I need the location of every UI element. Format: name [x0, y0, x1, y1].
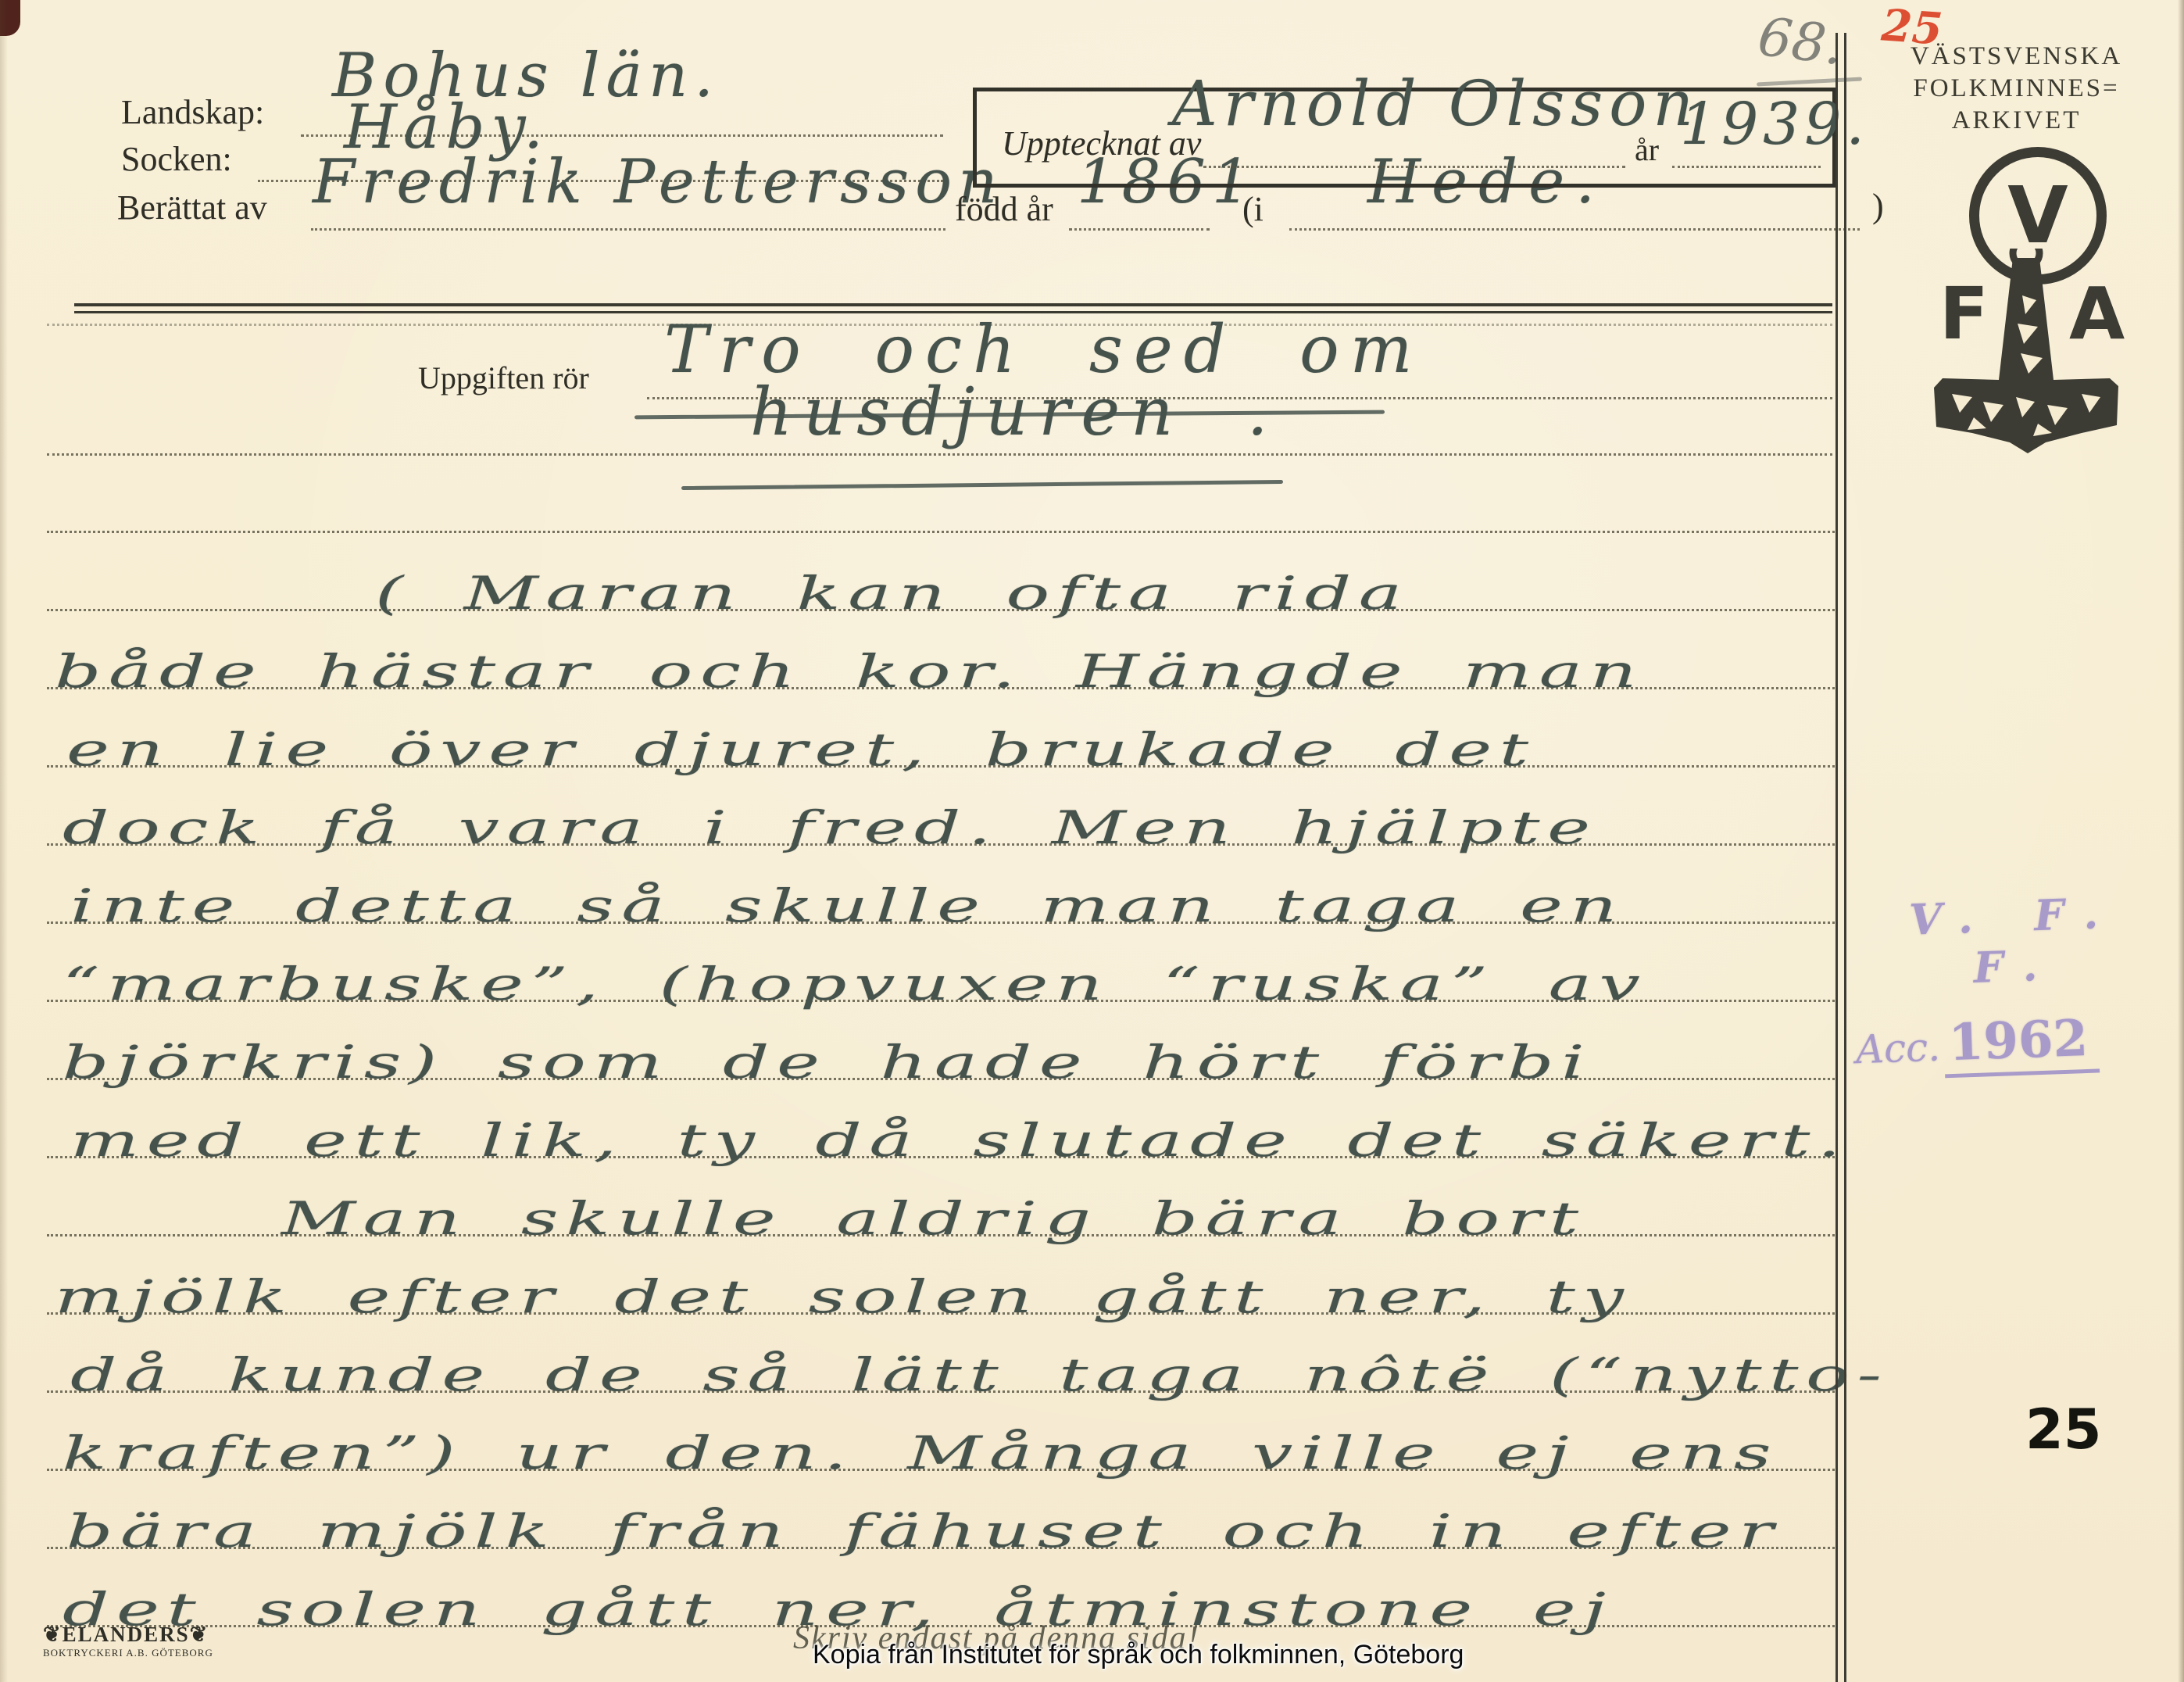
fodd-ar-dotted-line	[1069, 228, 1210, 231]
copy-source-caption: Kopia från Institutet för språk och folk…	[813, 1640, 1464, 1670]
archive-name-line1: VÄSTSVENSKA	[1850, 41, 2182, 73]
archive-name-line3: ARKIVET	[1850, 105, 2182, 137]
pencil-item-number: 68.	[1755, 6, 1846, 78]
ruled-line-row: björkris) som de hade hört förbi	[47, 1002, 1835, 1080]
printer-mark: ❦ELANDERS❦ BOKTRYCKERI A.B. GÖTEBORG	[43, 1623, 213, 1659]
ar-dotted-line	[1672, 166, 1821, 168]
ar-label: år	[1635, 131, 1659, 168]
logo-letter-v: V	[2007, 177, 2068, 255]
archive-name-line2: FOLKMINNES=	[1850, 73, 2182, 105]
printer-name: ❦ELANDERS❦	[43, 1623, 213, 1647]
uppgiften-ror-label: Uppgiften rör	[418, 360, 589, 396]
stamp-acc-value: 1962	[1943, 1008, 2100, 1078]
accession-stamp: V. F. F. Acc. 1962	[1850, 886, 2184, 1076]
stamp-acc-label: Acc.	[1855, 1025, 1941, 1073]
upptecknat-dotted-line	[1203, 166, 1625, 168]
archive-name: VÄSTSVENSKA FOLKMINNES= ARKIVET	[1850, 41, 2182, 137]
fodd-i-open-paren: (i	[1242, 189, 1264, 229]
printer-city: BOKTRYCKERI A.B. GÖTEBORG	[43, 1647, 213, 1659]
ruled-line-row: “marbuske”, (hopvuxen “ruska” av	[47, 924, 1835, 1002]
fodd-i-dotted-line	[1289, 228, 1860, 231]
stamp-org-initials: V. F. F.	[1850, 886, 2182, 997]
ruled-line-row: dock få vara i fred. Men hjälpte	[47, 768, 1835, 846]
berattat-av-dotted-line	[311, 228, 945, 231]
ruled-line-row: ( Maran kan ofta rida	[47, 533, 1835, 611]
ruled-line-row: kraften”) ur den. Många ville ej ens	[47, 1393, 1835, 1471]
archive-record-sheet: 68. 25 Landskap: Bohus län. Socken: Håby…	[0, 0, 2184, 1682]
fodd-i-close-paren: )	[1872, 186, 1884, 226]
printed-page-number: 25	[2025, 1397, 2101, 1462]
socken-label: Socken:	[121, 139, 232, 179]
thors-hammer-icon	[1928, 249, 2124, 460]
ruled-line-row: inte detta så skulle man taga en	[47, 846, 1835, 924]
ruled-line-row: både hästar och kor. Hängde man	[47, 611, 1835, 689]
ar-value: 1939.	[1680, 91, 1869, 158]
sidebar-divider-inner	[1844, 33, 1846, 1682]
ruled-line-row: det solen gått ner, åtminstone ej	[47, 1549, 1835, 1627]
paper-edge-shadow-left	[0, 0, 8, 1682]
manuscript-body: ( Maran kan ofta ridabåde hästar och kor…	[47, 455, 1835, 1627]
berattat-av-label: Berättat av	[117, 188, 267, 227]
ruled-line-row: en lie över djuret, brukade det	[47, 689, 1835, 768]
landskap-label: Landskap:	[121, 92, 264, 132]
upptecknat-av-value: Arnold Olsson	[1172, 67, 1700, 140]
hedera-icon-right: ❦	[190, 1623, 209, 1646]
ruled-line-row	[47, 455, 1835, 533]
ruled-line-row: mjölk efter det solen gått ner, ty	[47, 1236, 1835, 1315]
sidebar-divider-outer	[1835, 33, 1838, 1682]
ruled-line-row: Man skulle aldrig bära bort	[47, 1158, 1835, 1236]
ruled-line-row: med ett lik, ty då slutade det säkert.	[47, 1080, 1835, 1158]
paper-edge-shadow-right	[2178, 0, 2184, 1682]
hedera-icon-left: ❦	[43, 1623, 63, 1646]
ruled-line-row: då kunde de så lätt taga nôtë (“nytto-	[47, 1315, 1835, 1393]
subject-title-line2: husdjuren .	[750, 374, 1279, 450]
fodd-ar-label: född år	[955, 189, 1053, 229]
berattat-av-value: Fredrik Pettersson	[313, 147, 1003, 217]
ruled-line-row: bära mjölk från fähuset och in efter	[47, 1471, 1835, 1549]
